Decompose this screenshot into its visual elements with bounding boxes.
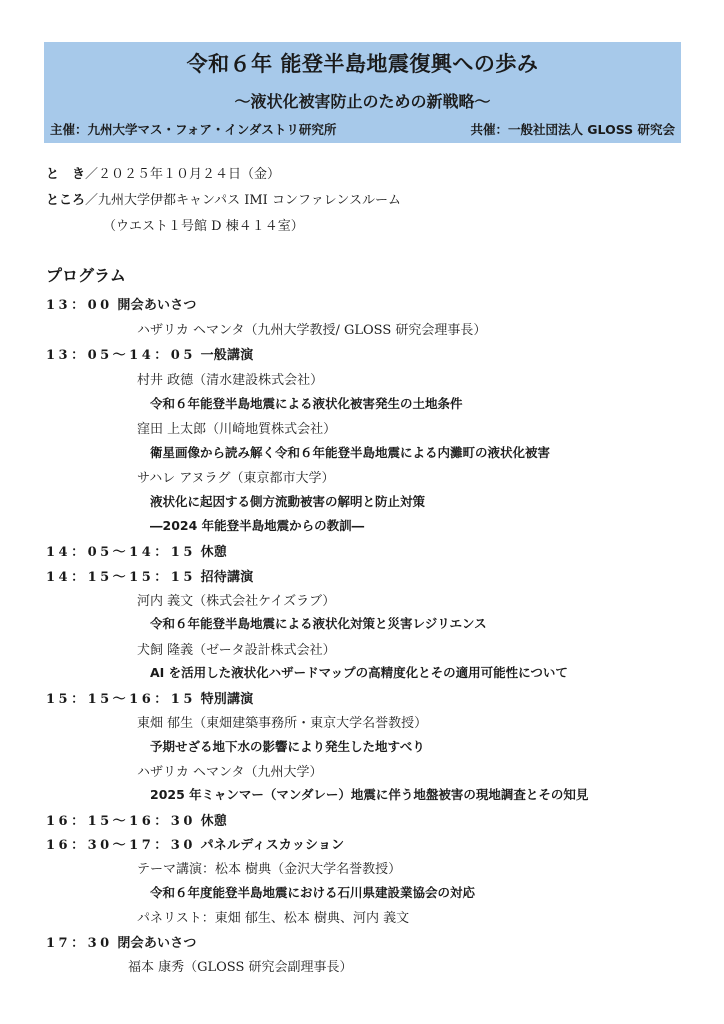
event-title: 令和６年 能登半島地震復興への歩み [44, 48, 681, 78]
talk-title: 令和６年能登半島地震による液状化対策と災害レジリエンス [150, 614, 487, 632]
talk-title: 2025 年ミャンマー（マンダレー）地震に伴う地盤被害の現地調査とその知見 [150, 785, 588, 803]
session-label: 休憩 [201, 545, 227, 560]
talk-title: AI を活用した液状化ハザードマップの高精度化とその適用可能性について [150, 663, 568, 681]
time: 15：15～16：15 [46, 692, 196, 707]
schedule-item-special-lectures: 15：15～16：15 特別講演 [46, 688, 253, 707]
talk-subtitle: ―2024 年能登半島地震からの教訓― [150, 516, 364, 534]
time: 13：05～14：05 [46, 348, 196, 363]
speaker-line: テーマ講演：松本 樹典（金沢大学名誉教授） [137, 858, 401, 877]
schedule-item-break: 14：05～14：15 休憩 [46, 541, 227, 560]
schedule-item-opening: 13：00 開会あいさつ [46, 294, 197, 313]
program-heading: プログラム [46, 263, 126, 286]
speaker-line: 福本 康秀（GLOSS 研究会副理事長） [128, 956, 353, 975]
speaker-line: ハザリカ ヘマンタ（九州大学） [137, 761, 322, 780]
talk-title: 令和６年能登半島地震による液状化被害発生の土地条件 [150, 394, 463, 412]
time: 13：00 [46, 298, 113, 313]
time: 16：15～16：30 [46, 814, 196, 829]
talk-title: 予期せざる地下水の影響により発生した地すべり [150, 737, 425, 755]
talk-title: 令和６年度能登半島地震における石川県建設業協会の対応 [150, 883, 475, 901]
title-banner: 令和６年 能登半島地震復興への歩み ～液状化被害防止のための新戦略～ 主催：九州… [44, 42, 681, 143]
organizer: 主催：九州大学マス・フォア・インダストリ研究所 [50, 120, 336, 138]
schedule-item-break: 16：15～16：30 休憩 [46, 810, 227, 829]
schedule-item-panel-discussion: 16：30～17：30 パネルディスカッション [46, 834, 344, 853]
date-value: ／２０２５年１０月２４日（金） [85, 167, 280, 182]
hosts-line: 主催：九州大学マス・フォア・インダストリ研究所 共催：一般社団法人 GLOSS … [50, 120, 675, 138]
session-label: 開会あいさつ [117, 298, 196, 313]
event-subtitle: ～液状化被害防止のための新戦略～ [44, 89, 681, 112]
speaker-line: 犬飼 隆義（ゼータ設計株式会社） [137, 639, 336, 658]
speaker-line: 河内 義文（株式会社ケイズラブ） [137, 590, 335, 609]
talk-title: 液状化に起因する側方流動被害の解明と防止対策 [150, 492, 425, 510]
session-label: 特別講演 [201, 692, 254, 707]
schedule-item-closing: 17：30 閉会あいさつ [46, 932, 197, 951]
speaker-line: ハザリカ ヘマンタ（九州大学教授/ GLOSS 研究会理事長） [137, 319, 486, 338]
speaker-line: サハレ アヌラグ（東京都市大学） [137, 467, 334, 486]
session-label: 休憩 [201, 814, 227, 829]
place-line: ところ／九州大学伊都キャンパス IMI コンファレンスルーム [46, 189, 401, 208]
session-label: パネルディスカッション [201, 838, 345, 853]
place-label: ところ [46, 193, 85, 208]
speaker-line: 村井 政德（清水建設株式会社） [137, 369, 323, 388]
schedule-item-invited-lectures: 14：15～15：15 招待講演 [46, 566, 253, 585]
time: 16：30～17：30 [46, 838, 196, 853]
session-label: 一般講演 [201, 348, 254, 363]
speaker-line: 東畑 郁生（東畑建築事務所・東京大学名誉教授） [137, 712, 427, 731]
session-label: 閉会あいさつ [117, 936, 196, 951]
co-organizer: 共催：一般社団法人 GLOSS 研究会 [470, 120, 675, 138]
place-value: ／九州大学伊都キャンパス IMI コンファレンスルーム [85, 193, 401, 208]
session-label: 招待講演 [201, 570, 254, 585]
schedule-item-general-lectures: 13：05～14：05 一般講演 [46, 344, 253, 363]
panelists-line: パネリスト：東畑 郁生、松本 樹典、河内 義文 [137, 907, 409, 926]
place-detail: （ウエスト１号館 D 棟４１４室） [103, 215, 304, 234]
date-label: と き [46, 167, 85, 182]
speaker-line: 窪田 上太郎（川崎地質株式会社） [137, 418, 336, 437]
time: 14：05～14：15 [46, 545, 196, 560]
time: 17：30 [46, 936, 113, 951]
talk-title: 衛星画像から読み解く令和６年能登半島地震による内灘町の液状化被害 [150, 443, 550, 461]
time: 14：15～15：15 [46, 570, 196, 585]
date-line: と き／２０２５年１０月２４日（金） [46, 163, 280, 182]
